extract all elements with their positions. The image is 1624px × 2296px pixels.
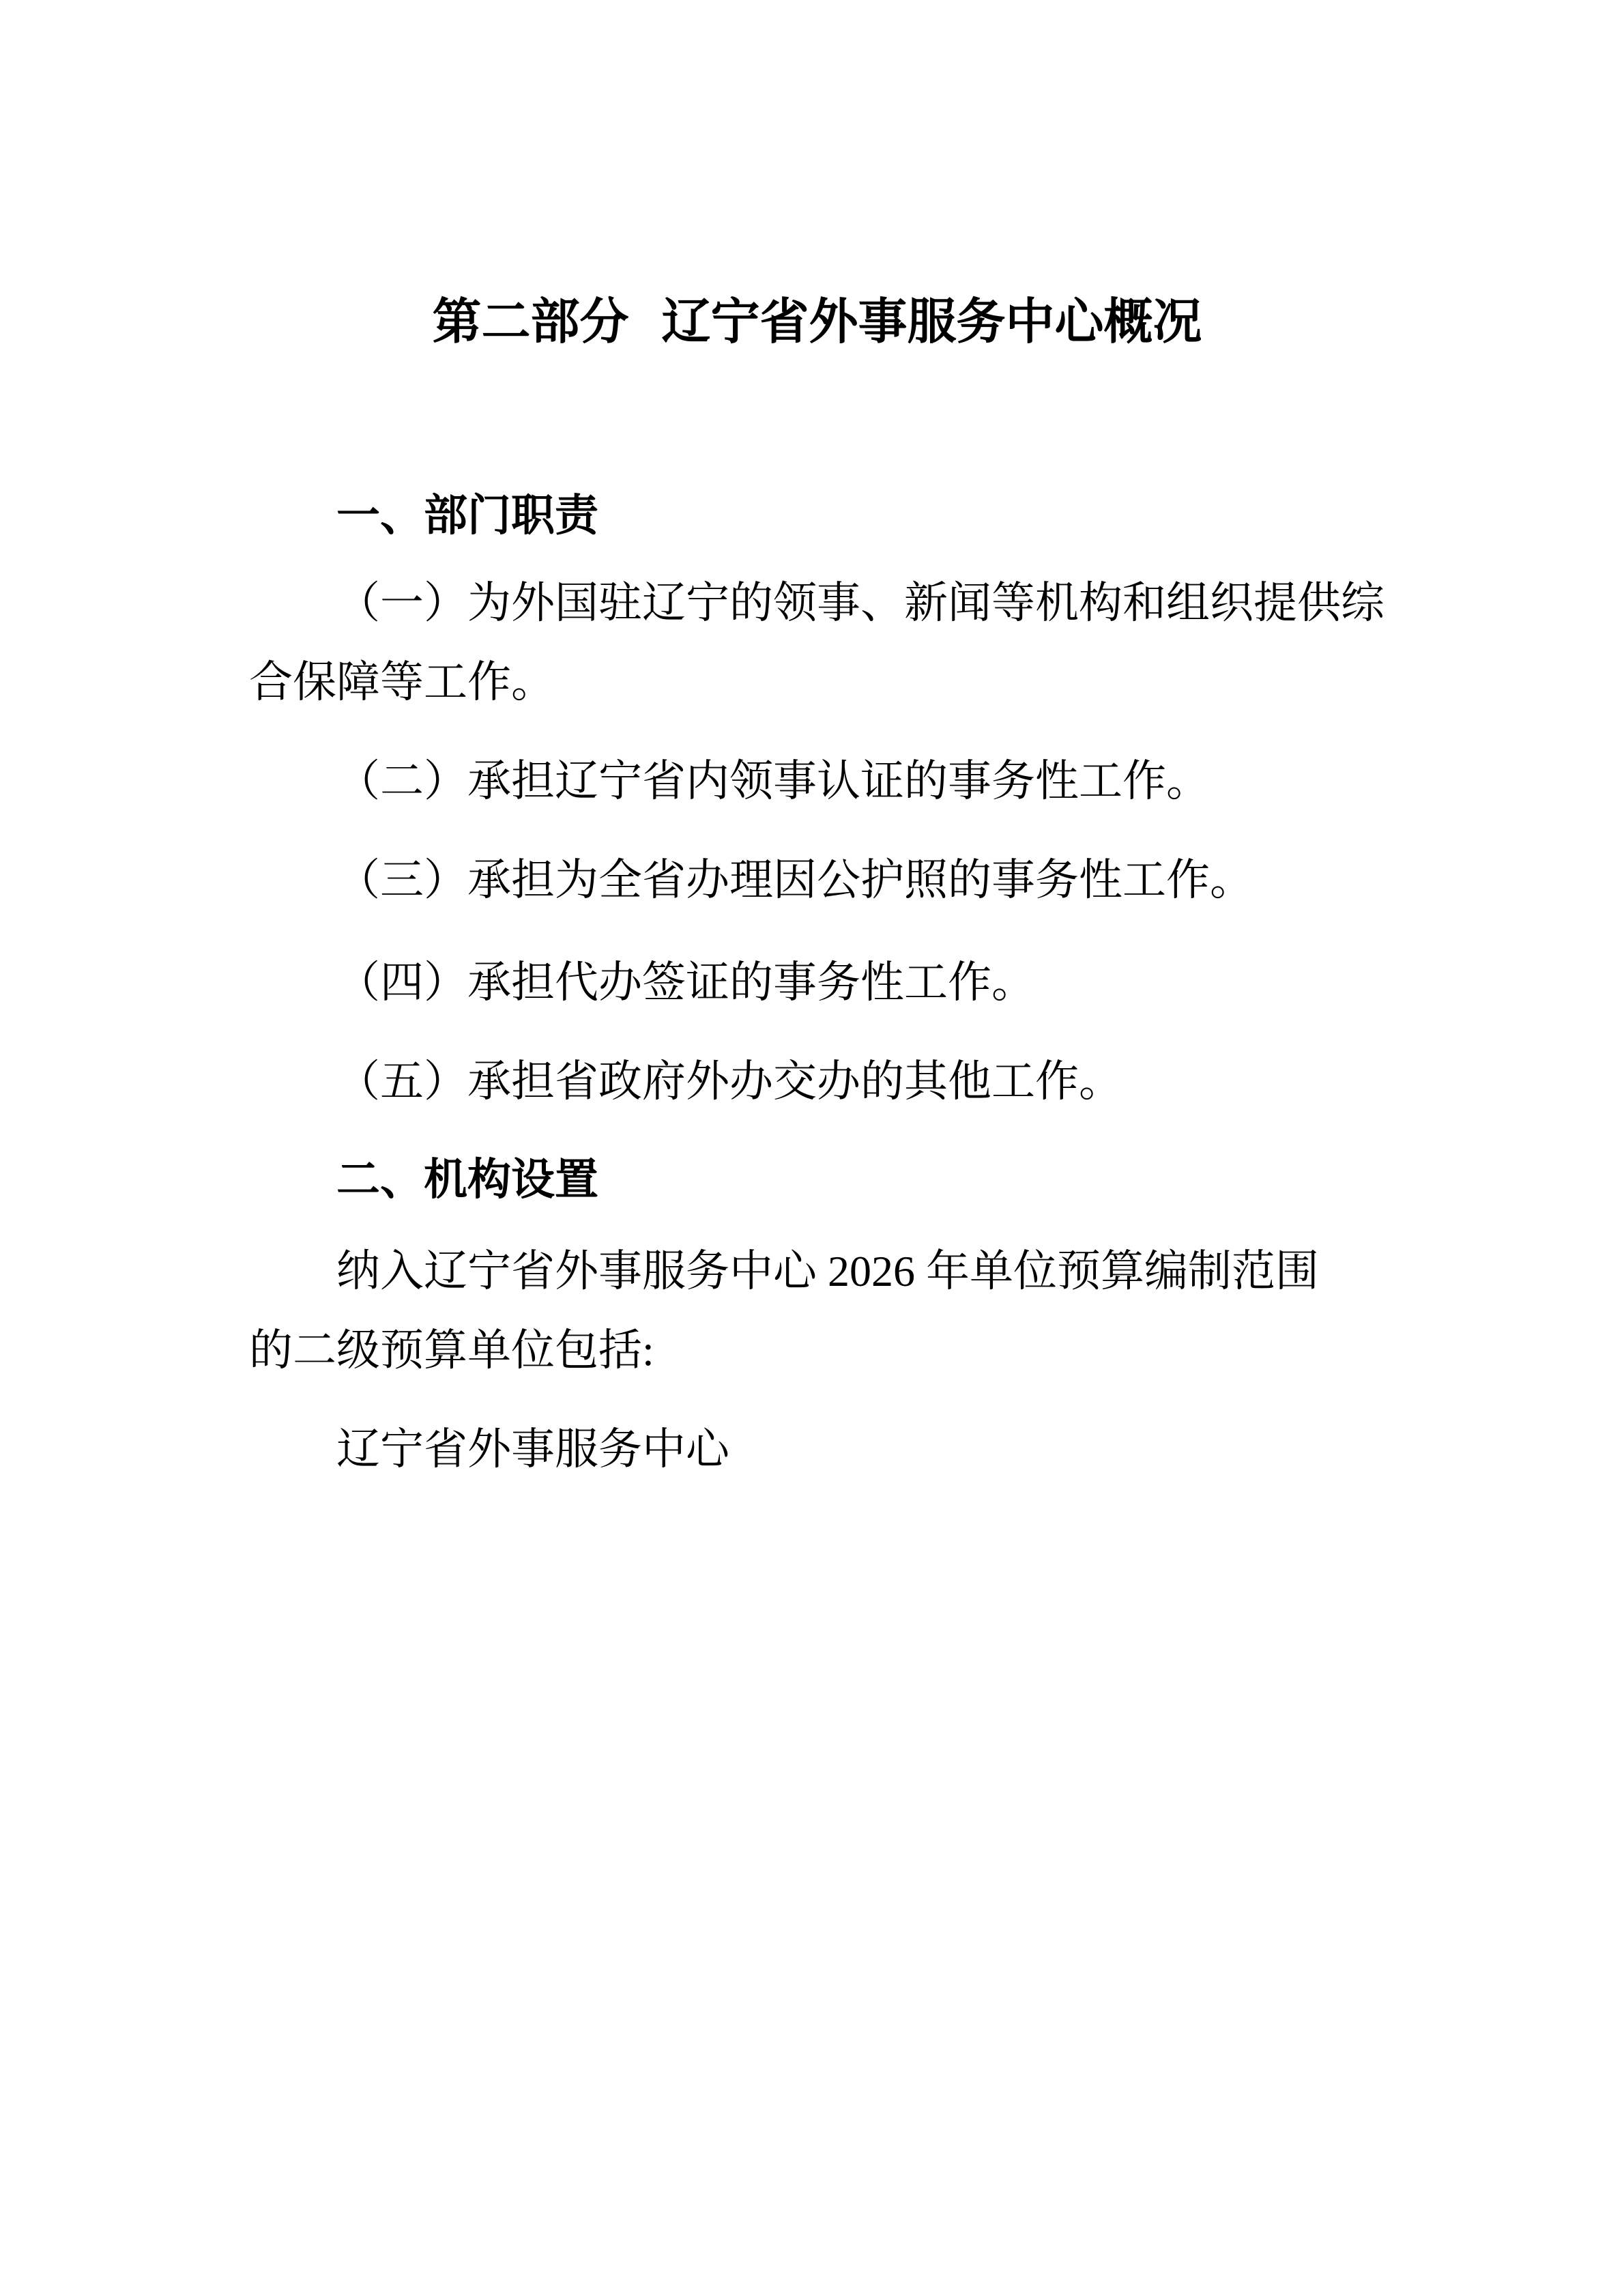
section-heading-organization: 二、机构设置 [249,1140,1385,1219]
body-line: （四）承担代办签证的事务性工作。 [249,943,1385,1022]
body-line-continuation: 的二级预算单位包括: [249,1311,1385,1390]
section-heading-duties: 一、部门职责 [249,476,1385,555]
body-line: （一）为外国驻辽宁的领事、新闻等机构和组织提供综 [249,564,1385,643]
section-department-duties: 一、部门职责 （一）为外国驻辽宁的领事、新闻等机构和组织提供综 合保障等工作。 … [249,476,1385,1121]
section-organization-setup: 二、机构设置 纳入辽宁省外事服务中心 2026 年单位预算编制范围 的二级预算单… [249,1140,1385,1489]
body-line-unit-name: 辽宁省外事服务中心 [249,1410,1385,1489]
body-line: 纳入辽宁省外事服务中心 2026 年单位预算编制范围 [249,1232,1385,1311]
document-page: 第二部分 辽宁省外事服务中心概况 一、部门职责 （一）为外国驻辽宁的领事、新闻等… [0,0,1624,2296]
body-line: （二）承担辽宁省内领事认证的事务性工作。 [249,742,1385,821]
page-title: 第二部分 辽宁省外事服务中心概况 [249,283,1385,362]
body-line: （三）承担为全省办理因公护照的事务性工作。 [249,841,1385,920]
body-line: （五）承担省政府外办交办的其他工作。 [249,1042,1385,1121]
body-line-continuation: 合保障等工作。 [249,643,1385,722]
